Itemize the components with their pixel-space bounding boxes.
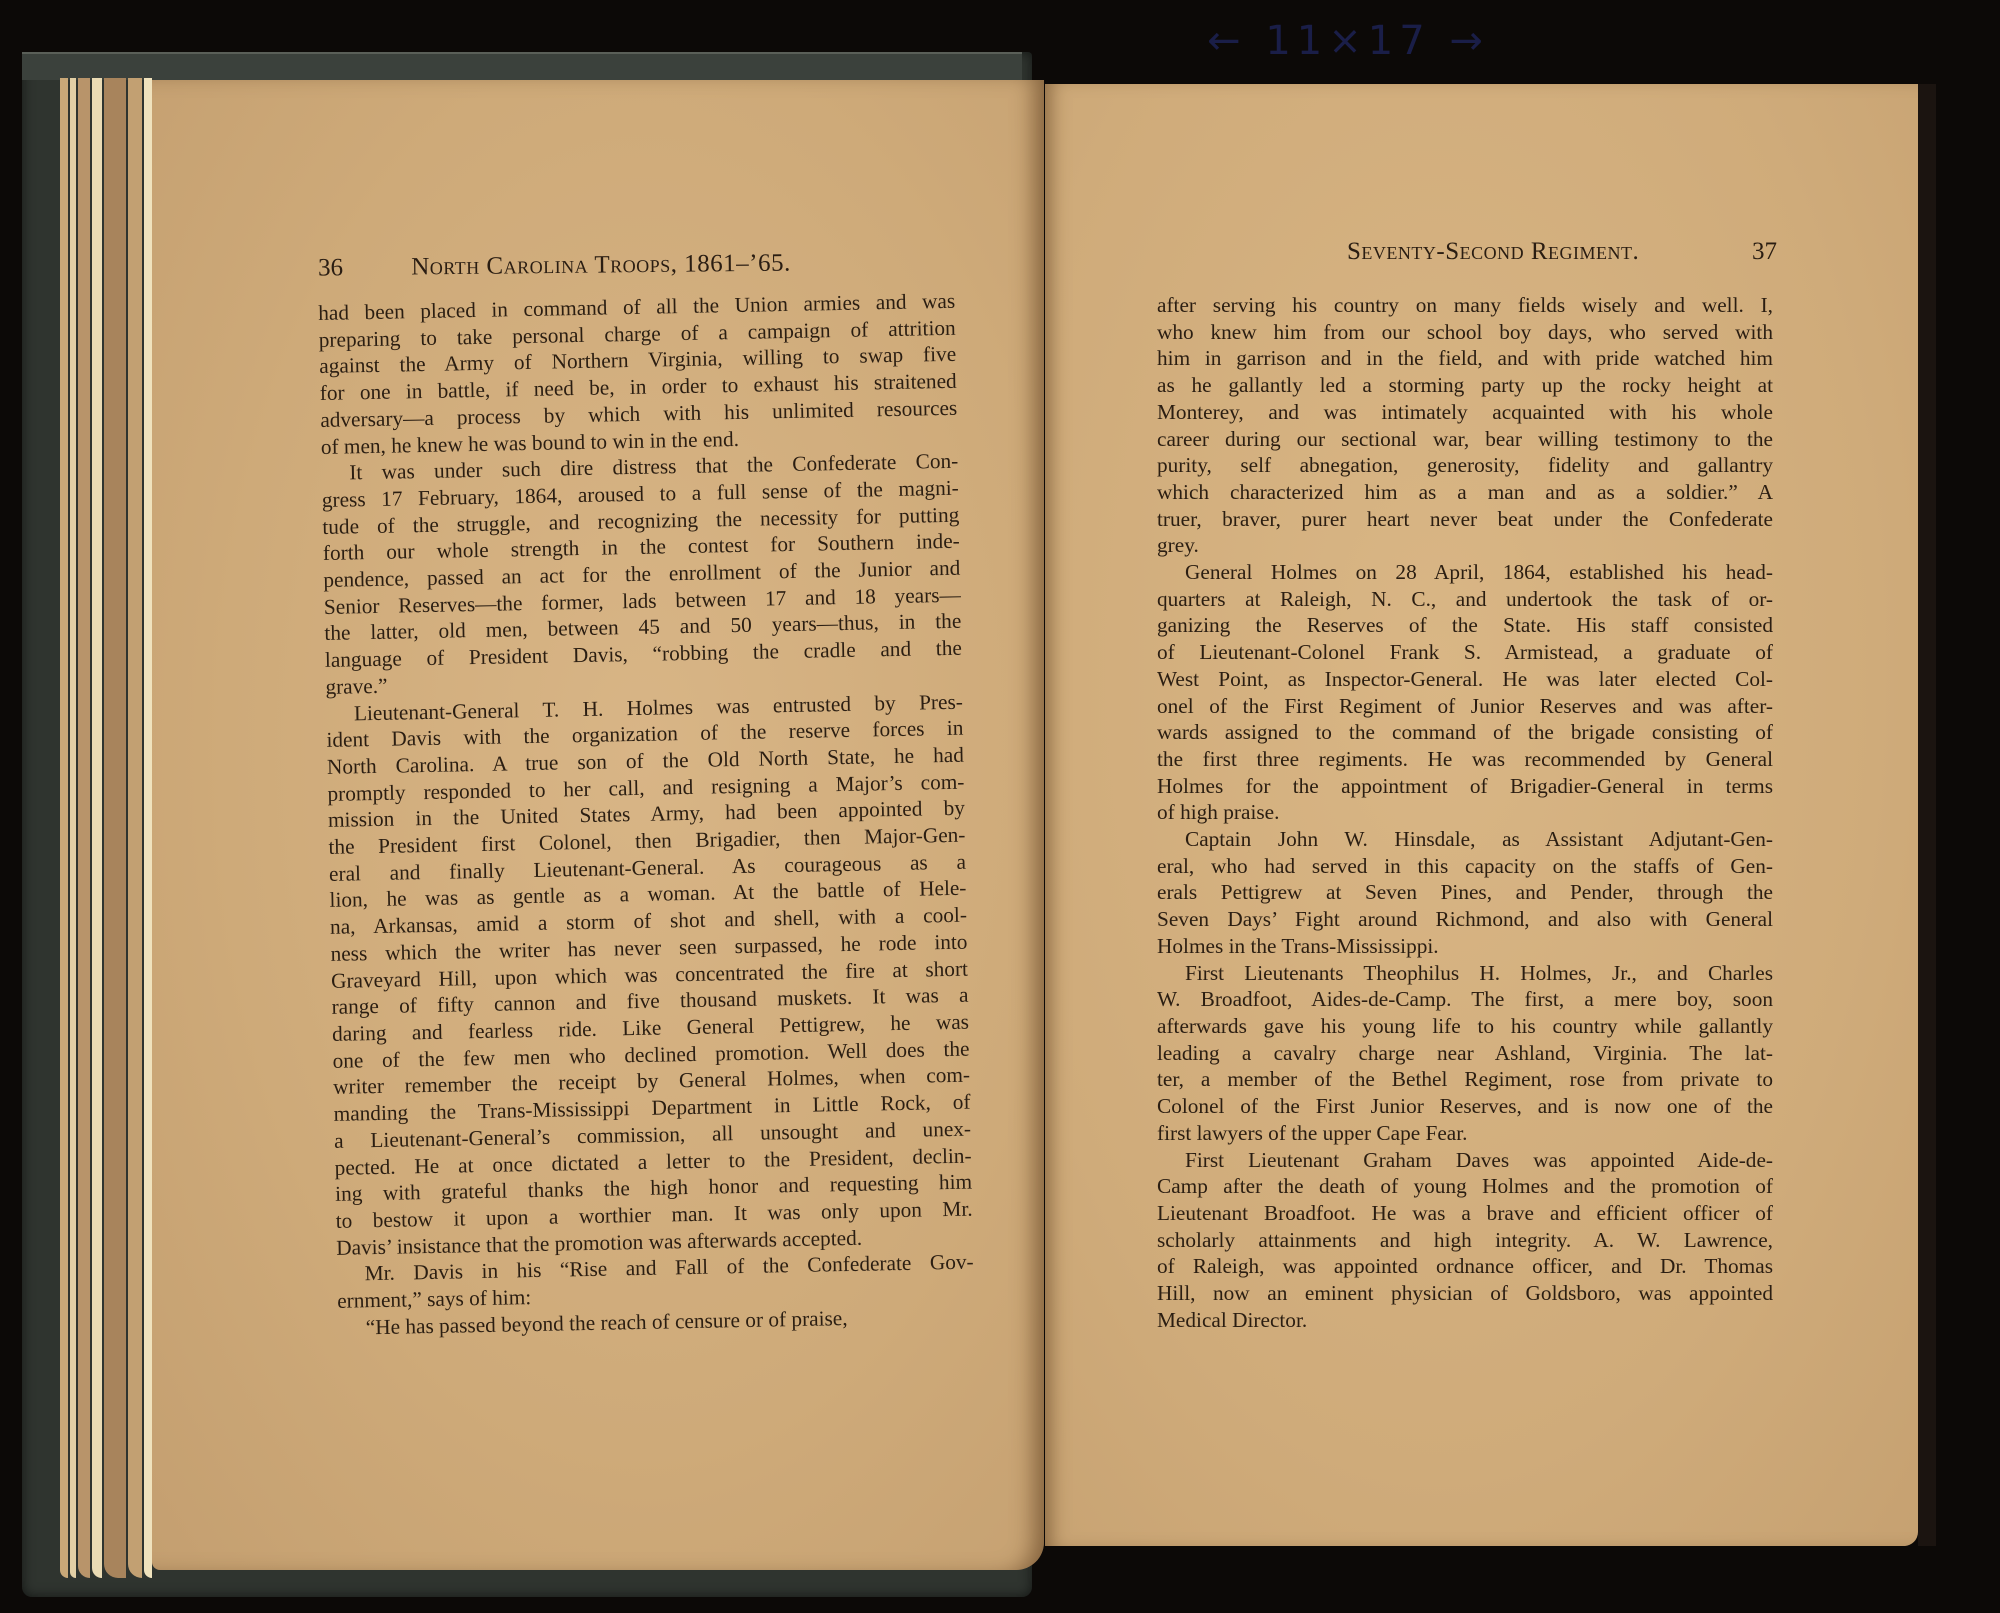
text-line: purity, self abnegation, generosity, fid… xyxy=(1157,452,1773,479)
right-running-title: Seventy-Second Regiment. xyxy=(1347,238,1639,265)
text-line: first lawyers of the upper Cape Fear. xyxy=(1157,1120,1773,1147)
paragraph: after serving his country on many fields… xyxy=(1157,292,1773,559)
right-running-head: Seventy-Second Regiment. xyxy=(1347,238,1639,266)
paragraph: had been placed in command of all the Un… xyxy=(318,288,958,460)
text-line: Colonel of the First Junior Reserves, an… xyxy=(1157,1093,1773,1120)
text-line: scholarly attainments and high integrity… xyxy=(1157,1227,1773,1254)
text-line: the first three regiments. He was recomm… xyxy=(1157,746,1773,773)
page-edge xyxy=(60,78,68,1578)
right-page-shadow-edge xyxy=(1918,84,1936,1546)
text-line: Seven Days’ Fight around Richmond, and a… xyxy=(1157,906,1773,933)
text-line: General Holmes on 28 April, 1864, establ… xyxy=(1157,559,1773,586)
text-line: him in garrison and in the field, and wi… xyxy=(1157,345,1773,372)
text-line: who knew him from our school boy days, w… xyxy=(1157,319,1773,346)
text-line: ter, a member of the Bethel Regiment, ro… xyxy=(1157,1066,1773,1093)
text-line: W. Broadfoot, Aides-de-Camp. The first, … xyxy=(1157,986,1773,1013)
text-line: of high praise. xyxy=(1157,799,1773,826)
paragraph: Lieutenant-General T. H. Holmes was entr… xyxy=(326,688,974,1261)
text-line: leading a cavalry charge near Ashland, V… xyxy=(1157,1040,1773,1067)
text-line: of Raleigh, was appointed ordnance offic… xyxy=(1157,1253,1773,1280)
text-line: ganizing the Reserves of the State. His … xyxy=(1157,612,1773,639)
page-edge xyxy=(92,78,102,1578)
left-running-title: North Carolina Troops, 1861–’65. xyxy=(411,250,791,281)
text-line: wards assigned to the command of the bri… xyxy=(1157,719,1773,746)
page-edge xyxy=(78,78,90,1578)
text-line: career during our sectional war, bear wi… xyxy=(1157,426,1773,453)
paragraph: First Lieutenants Theophilus H. Holmes, … xyxy=(1157,960,1773,1147)
text-line: Hill, now an eminent physician of Goldsb… xyxy=(1157,1280,1773,1307)
page-edge xyxy=(104,78,126,1578)
paragraph: Captain John W. Hinsdale, as Assistant A… xyxy=(1157,826,1773,960)
text-line: of Lieutenant-Colonel Frank S. Armistead… xyxy=(1157,639,1773,666)
text-line: eral, who had served in this capacity on… xyxy=(1157,853,1773,880)
scan-size-label: ← 11×17 → xyxy=(1168,18,1528,62)
paragraph: It was under such dire distress that the… xyxy=(321,448,962,701)
text-line: afterwards gave his young life to his co… xyxy=(1157,1013,1773,1040)
text-line: onel of the First Regiment of Junior Res… xyxy=(1157,693,1773,720)
left-page-number: 36 xyxy=(318,254,343,281)
right-page-body: after serving his country on many fields… xyxy=(1157,292,1773,1333)
text-line: West Point, as Inspector-General. He was… xyxy=(1157,666,1773,693)
text-line: as he gallantly led a storming party up … xyxy=(1157,372,1773,399)
text-line: Camp after the death of young Holmes and… xyxy=(1157,1173,1773,1200)
left-running-head: 36 North Carolina Troops, 1861–’65. xyxy=(318,250,791,283)
page-edge xyxy=(70,78,76,1578)
text-line: Medical Director. xyxy=(1157,1307,1773,1334)
text-line: Lieutenant Broadfoot. He was a brave and… xyxy=(1157,1200,1773,1227)
book-cover-top-edge xyxy=(22,52,1022,80)
paragraph: General Holmes on 28 April, 1864, establ… xyxy=(1157,559,1773,826)
text-line: Holmes in the Trans-Mississippi. xyxy=(1157,933,1773,960)
text-line: First Lieutenant Graham Daves was appoin… xyxy=(1157,1147,1773,1174)
page-edge xyxy=(128,78,142,1578)
text-line: Holmes for the appointment of Brigadier-… xyxy=(1157,773,1773,800)
text-line: First Lieutenants Theophilus H. Holmes, … xyxy=(1157,960,1773,987)
page-edge xyxy=(144,78,152,1578)
text-line: which characterized him as a man and as … xyxy=(1157,479,1773,506)
text-line: grey. xyxy=(1157,532,1773,559)
text-line: Monterey, and was intimately acquainted … xyxy=(1157,399,1773,426)
text-line: quarters at Raleigh, N. C., and undertoo… xyxy=(1157,586,1773,613)
paragraph: First Lieutenant Graham Daves was appoin… xyxy=(1157,1147,1773,1334)
text-line: erals Pettigrew at Seven Pines, and Pend… xyxy=(1157,879,1773,906)
right-page-number: 37 xyxy=(1752,238,1777,266)
text-line: Captain John W. Hinsdale, as Assistant A… xyxy=(1157,826,1773,853)
page-edges-stack xyxy=(60,78,160,1578)
text-line: truer, braver, purer heart never beat un… xyxy=(1157,506,1773,533)
left-page-body: had been placed in command of all the Un… xyxy=(318,288,975,1341)
text-line: after serving his country on many fields… xyxy=(1157,292,1773,319)
